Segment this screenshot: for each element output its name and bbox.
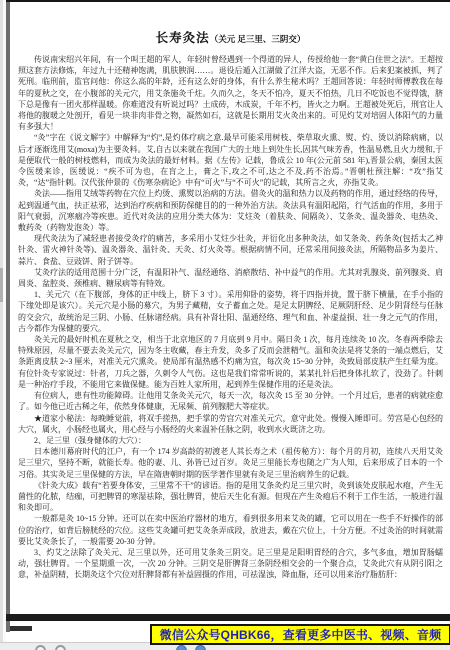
paragraph-daoist-secret: ★道家小秘法：每晚睡觉前，将双手搓热，把手掌的劳宫穴对准关元穴，意守此处。慢慢入… bbox=[18, 413, 443, 435]
paragraph-modern-methods: 现代灸法为了减轻患者接受灸疗的痛苦，多采用小艾炷少壮灸，并衍化出多种灸法，如艾条… bbox=[18, 233, 443, 267]
paragraph-zhenjiudacheng: 《针灸大成》载有“若要身体安，三里常不干”的谚语。指的是用艾条灸灼足三里穴时，灸… bbox=[18, 480, 443, 514]
document-content: 长寿灸法（关元 足三里、三阴交） 传说南宋绍兴年间，有一个叫王超的军人，年轻时曾… bbox=[10, 2, 450, 581]
paragraph-zusanli-heading: 2、足三里（强身健体的大穴）： bbox=[18, 435, 443, 446]
paragraph-jiu-etymology: “灸”字在《说文解字》中解释为“灼”,是灼体疗病之意.最早可能采用树枝、柴草取火… bbox=[18, 132, 443, 188]
document-viewer: 长寿灸法（关元 足三里、三阴交） 传说南宋绍兴年间，有一个叫王超的军人，年轻时曾… bbox=[0, 0, 450, 650]
paragraph-moxa-jar: 一般都是灸 10~15 分钟。还可以在卖中医治疗器材的地方，看到很多用来艾灸的罐… bbox=[18, 513, 443, 547]
next-page-corner bbox=[10, 626, 32, 631]
toolbar-button-icon[interactable] bbox=[195, 645, 206, 650]
wechat-banner[interactable]: 微信公众号QHBK66，查看更多中医书、视频、音频 bbox=[150, 624, 450, 645]
document-page: 长寿灸法（关元 足三里、三阴交） 传说南宋绍兴年间，有一个叫王超的军人，年轻时曾… bbox=[10, 2, 450, 614]
toolbar-button-icon[interactable] bbox=[55, 645, 66, 650]
wechat-banner-text: 微信公众号QHBK66，查看更多中医书、视频、音频 bbox=[160, 626, 442, 643]
paragraph-legend-wangchao: 传说南宋绍兴年间，有一个叫王超的军人，年轻时曾经遇到一个得道的异人，传授给他一套… bbox=[18, 54, 443, 132]
paragraph-jiufa-definition: 灸法——指用艾绒等药物在穴位上灼烫、熏熨以治病的方法。借灸火的温和热力以及药物的… bbox=[18, 188, 443, 233]
paragraph-patient-case: 有位病人，患有性功能障碍。让他用艾条灸关元穴，每天一次，每次灸 15 至 30 … bbox=[18, 390, 443, 412]
title-main: 长寿灸法 bbox=[156, 31, 210, 45]
page-bottom-border bbox=[6, 614, 450, 621]
paragraph-guanyuan-timing: 灸关元的最好时机在夏秋之交，相当于北京地区的 7 月底到 9 月中。隔日灸 1 … bbox=[18, 334, 443, 390]
toolbar-button-icon[interactable] bbox=[35, 645, 46, 650]
toolbar-button-icon[interactable] bbox=[176, 645, 187, 650]
paragraph-applications: 艾灸疗法的适用范围十分广泛，有温阳补气、温经通络、消瘀散结、补中益气的作用。尤其… bbox=[18, 267, 443, 289]
paragraph-guanyuan-point: 1、关元穴（在下腹部，身体的正中线上，脐下 3 寸）。采用仰卧的姿势，将于四指并… bbox=[18, 289, 443, 334]
title-sub: （关元 足三里、三阴交） bbox=[210, 34, 306, 44]
paragraph-japan-story: 日本德川幕府时代的江户，有一个 174 岁高龄的初渡老人其长寿之术（祖传秘方）：… bbox=[18, 446, 443, 480]
paragraph-sanyinjiao: 3、灼艾之法除了灸关元、足三里以外，还可用艾条灸三阴交。足三里是足阳明胃经的合穴… bbox=[18, 547, 443, 581]
page-title: 长寿灸法（关元 足三里、三阴交） bbox=[18, 28, 443, 47]
